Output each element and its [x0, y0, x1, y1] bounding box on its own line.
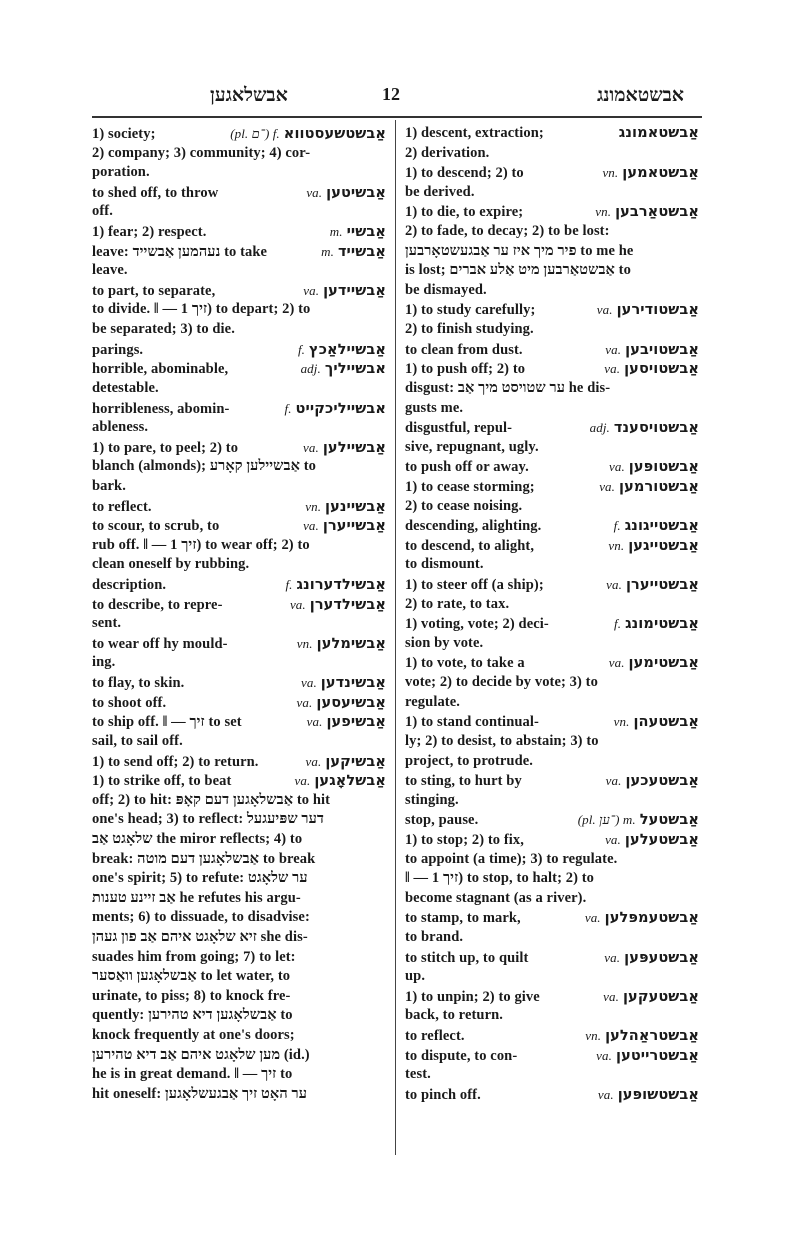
entry-continuation-line: disgust: ער שטויסט מיך אַב he dis-: [405, 379, 699, 399]
definition-text: שלאָגט אַב the miror reflects; 4) to: [92, 831, 302, 847]
dictionary-entry: to ship off. ‖ — זיך to setva.אַבשיפעןsa…: [92, 712, 386, 751]
entry-head-line: 1) to unpin; 2) to giveva.אַבשטעקען: [405, 987, 699, 1007]
grammar-label: va.: [297, 693, 317, 713]
definition-text: 2) to finish studying.: [405, 321, 534, 337]
entry-continuation-line: hit oneself: ער האָט זיך אַבגעשלאָגען: [92, 1085, 386, 1105]
dictionary-entry: descending, alighting.f.אַבשטייגונג: [405, 516, 699, 536]
entry-continuation-line: vote; 2) to decide by vote; 3) to: [405, 673, 699, 693]
yiddish-headword: אַבשטימען: [629, 654, 699, 674]
right-column: 1) descent, extraction;אַבשטאמונג2) deri…: [405, 124, 699, 1104]
yiddish-headword: אַבשטאמען: [622, 164, 699, 184]
definition-text: knock frequently at one's doors;: [92, 1027, 295, 1043]
entry-continuation-line: ments; 6) to dissuade, to disadvise:: [92, 908, 386, 928]
grammar-label: m.: [321, 242, 338, 262]
yiddish-headword: אַבשטימונג: [625, 615, 699, 635]
definition-text: one's head; 3) to reflect: דער שפּיעגעל: [92, 811, 324, 827]
entry-head-line: to descend, to alight,vn.אַבשטייגען: [405, 536, 699, 556]
yiddish-headword: אַבשטייגונג: [625, 517, 699, 537]
entry-continuation-line: be derived.: [405, 183, 699, 203]
definition-text: to part, to separate,: [92, 282, 215, 302]
definition-text: 1) voting, vote; 2) deci-: [405, 615, 549, 635]
definition-text: 2) to fade, to decay; 2) to be lost:: [405, 223, 610, 239]
dictionary-entry: 1) to unpin; 2) to giveva.אַבשטעקעןback,…: [405, 987, 699, 1026]
entry-head-line: to scour, to scrub, tova.אַבשייערן: [92, 516, 386, 536]
entry-continuation-line: ableness.: [92, 418, 386, 438]
definition-text: quently: אַבשלאָגען דיא טהירען to: [92, 1007, 293, 1023]
definition-text: suades him from going; 7) to let:: [92, 949, 296, 965]
entry-continuation-line: be separated; 3) to die.: [92, 320, 386, 340]
definition-text: 1) to stop; 2) to fix,: [405, 831, 524, 851]
entry-head-line: to dispute, to con-va.אַבשטרייטען: [405, 1046, 699, 1066]
definition-text: 1) descent, extraction;: [405, 124, 544, 144]
entry-head-line: 1) to vote, to take ava.אַבשטימען: [405, 653, 699, 673]
dictionary-entry: horribleness, abomin-f.אבשייליכקייטablen…: [92, 399, 386, 438]
yiddish-headword: אַבשטשעסטווא: [284, 125, 386, 145]
grammar-label: (pl. ־ען) m.: [578, 810, 640, 830]
entry-continuation-line: he is in great demand. ‖ — זיך to: [92, 1065, 386, 1085]
entry-continuation-line: 2) company; 3) community; 4) cor-: [92, 144, 386, 164]
grammar-label: vn.: [608, 536, 628, 556]
entry-continuation-line: 2) to rate, to tax.: [405, 595, 699, 615]
entry-continuation-line: is lost; אַבשטאַרבען מיט אַלע אברים to: [405, 261, 699, 281]
definition-text: to dispute, to con-: [405, 1047, 517, 1067]
definition-text: to reflect.: [405, 1027, 465, 1047]
definition-text: to descend, to alight,: [405, 537, 534, 557]
entry-head-line: descending, alighting.f.אַבשטייגונג: [405, 516, 699, 536]
definition-text: מען שלאָגט איהם אַב דיא טהירען (id.): [92, 1047, 310, 1063]
definition-text: break: אַבשלאָגען דעם מוטה to break: [92, 851, 315, 867]
grammar-label: va.: [585, 908, 605, 928]
entry-continuation-line: leave.: [92, 261, 386, 281]
definition-text: 1) to pare, to peel; 2) to: [92, 439, 238, 459]
entry-head-line: 1) to stand continual-vn.אַבשטעהן: [405, 712, 699, 732]
entry-continuation-line: to appoint (a time); 3) to regulate.: [405, 850, 699, 870]
grammar-label: va.: [295, 771, 315, 791]
grammar-label: vn.: [614, 712, 634, 732]
dictionary-entry: to shed off, to throwva.אַבשיטעןoff.: [92, 183, 386, 222]
grammar-label: va.: [303, 281, 323, 301]
grammar-label: f.: [614, 516, 625, 536]
definition-text: descending, alighting.: [405, 517, 541, 537]
definition-text: to sting, to hurt by: [405, 772, 522, 792]
definition-text: leave: נעהמען אַבשייד to take: [92, 243, 267, 263]
definition-text: stinging.: [405, 792, 459, 808]
entry-head-line: to reflect.vn.אַבשיינען: [92, 497, 386, 517]
entry-head-line: parings.f.אַבשיילאַכץ: [92, 340, 386, 360]
entry-head-line: stop, pause.(pl. ־ען) m.אַבשטעל: [405, 810, 699, 830]
entry-continuation-line: אַבשלאָגען וואַסער to let water, to: [92, 967, 386, 987]
grammar-label: f.: [284, 399, 295, 419]
yiddish-headword: אַבשטשופּען: [618, 1086, 699, 1106]
dictionary-entry: to push off or away.va.אַבשטופּען: [405, 457, 699, 477]
dictionary-entry: 1) to send off; 2) to return.va.אַבשיקען: [92, 752, 386, 772]
entry-continuation-line: quently: אַבשלאָגען דיא טהירען to: [92, 1006, 386, 1026]
definition-text: disgustful, repul-: [405, 419, 512, 439]
definition-text: detestable.: [92, 380, 159, 396]
dictionary-entry: to wear off hy mould-vn.אַבשימלעןing.: [92, 634, 386, 673]
definition-text: 2) company; 3) community; 4) cor-: [92, 145, 310, 161]
grammar-label: adj.: [590, 418, 614, 438]
definition-text: sent.: [92, 615, 121, 631]
entry-head-line: 1) to cease storming;va.אַבשטורמען: [405, 477, 699, 497]
entry-continuation-line: sent.: [92, 614, 386, 634]
dictionary-entry: to stitch up, to quiltva.אַבשטעפּעןup.: [405, 948, 699, 987]
definition-text: 1) to descend; 2) to: [405, 164, 524, 184]
definition-text: 2) to rate, to tax.: [405, 596, 509, 612]
definition-text: to shoot off.: [92, 694, 166, 714]
definition-text: off; 2) to hit: אַבשלאָגען דעם קאָפּ to …: [92, 792, 330, 808]
dictionary-entry: stop, pause.(pl. ־ען) m.אַבשטעל: [405, 810, 699, 830]
dictionary-entry: horrible, abominable,adj.אבשייליךdetesta…: [92, 359, 386, 398]
dictionary-entry: leave: נעהמען אַבשייד to takem.אַבשיידle…: [92, 242, 386, 281]
definition-text: become stagnant (as a river).: [405, 890, 586, 906]
entry-continuation-line: מען שלאָגט איהם אַב דיא טהירען (id.): [92, 1046, 386, 1066]
dictionary-entry: 1) descent, extraction;אַבשטאמונג2) deri…: [405, 124, 699, 163]
entry-head-line: 1) to study carefully;va.אַבשטודירען: [405, 300, 699, 320]
yiddish-headword: אַבשטעהן: [633, 713, 699, 733]
definition-text: rub off. ‖ — זיך 1) to wear off; 2) to: [92, 537, 310, 553]
definition-text: be separated; 3) to die.: [92, 321, 235, 337]
dictionary-entry: 1) to stand continual-vn.אַבשטעהןly; 2) …: [405, 712, 699, 771]
grammar-label: va.: [603, 987, 623, 1007]
definition-text: 1) to study carefully;: [405, 301, 535, 321]
grammar-label: (pl. ־ם) f.: [230, 124, 284, 144]
entry-continuation-line: sive, repugnant, ugly.: [405, 438, 699, 458]
yiddish-headword: אַבשטודירען: [617, 301, 699, 321]
grammar-label: f.: [298, 340, 309, 360]
definition-text: 1) to stand continual-: [405, 713, 539, 733]
definition-text: to reflect.: [92, 498, 152, 518]
definition-text: up.: [405, 968, 425, 984]
entry-continuation-line: rub off. ‖ — זיך 1) to wear off; 2) to: [92, 536, 386, 556]
dictionary-entry: 1) to stop; 2) to fix,va.אַבשטעלעןto app…: [405, 830, 699, 908]
grammar-label: adj.: [301, 359, 325, 379]
entry-head-line: leave: נעהמען אַבשייד to takem.אַבשייד: [92, 242, 386, 262]
grammar-label: va.: [598, 1085, 618, 1105]
entry-continuation-line: ing.: [92, 653, 386, 673]
definition-text: bark.: [92, 478, 126, 494]
definition-text: פיר מיך איז ער אַבגעשטאָרבען to me he: [405, 243, 633, 259]
dictionary-entry: description.f.אַבשילדערונג: [92, 575, 386, 595]
grammar-label: va.: [609, 457, 629, 477]
definition-text: 2) derivation.: [405, 145, 489, 161]
yiddish-headword: אַבשטאמונג: [619, 124, 699, 144]
entry-head-line: 1) voting, vote; 2) deci-f.אַבשטימונג: [405, 614, 699, 634]
entry-head-line: 1) to push off; 2) tova.אַבשטויסען: [405, 359, 699, 379]
dictionary-entry: 1) to cease storming;va.אַבשטורמען2) to …: [405, 477, 699, 516]
entry-continuation-line: זיא שלאָגט איהם אַב פון געהן she dis-: [92, 928, 386, 948]
definition-text: sive, repugnant, ugly.: [405, 439, 539, 455]
entry-head-line: to pinch off.va.אַבשטשופּען: [405, 1085, 699, 1105]
yiddish-headword: אבשייליך: [325, 360, 386, 380]
yiddish-headword: אַבשטויסענד: [614, 419, 699, 439]
definition-text: to push off or away.: [405, 458, 529, 478]
dictionary-page: אבשלאגען 12 אבשטאמונג 1) society;(pl. ־ם…: [0, 0, 788, 1237]
yiddish-headword: אַבשטראַהלען: [605, 1027, 699, 1047]
definition-text: 1) to steer off (a ship);: [405, 576, 544, 596]
yiddish-headword: אַבשטייערן: [626, 576, 699, 596]
definition-text: 1) to unpin; 2) to give: [405, 988, 540, 1008]
definition-text: to scour, to scrub, to: [92, 517, 219, 537]
grammar-label: va.: [303, 516, 323, 536]
grammar-label: vn.: [595, 202, 615, 222]
page-header: אבשלאגען 12 אבשטאמונג: [92, 84, 702, 112]
entry-head-line: 1) to stop; 2) to fix,va.אַבשטעלען: [405, 830, 699, 850]
entry-continuation-line: sail, to sail off.: [92, 732, 386, 752]
entry-continuation-line: 2) to cease noising.: [405, 497, 699, 517]
definition-text: 1) to cease storming;: [405, 478, 535, 498]
dictionary-entry: 1) to die, to expire;vn.אַבשטאַרבען2) to…: [405, 202, 699, 300]
grammar-label: va.: [604, 948, 624, 968]
entry-continuation-line: אַב זיינע טענות he refutes his argu-: [92, 889, 386, 909]
entry-continuation-line: one's spirit; 5) to refute: ער שלאָגט: [92, 869, 386, 889]
entry-head-line: 1) to descend; 2) tovn.אַבשטאמען: [405, 163, 699, 183]
entry-head-line: 1) to pare, to peel; 2) tova.אַבשיילען: [92, 438, 386, 458]
definition-text: ments; 6) to dissuade, to disadvise:: [92, 909, 310, 925]
grammar-label: vn.: [297, 634, 317, 654]
entry-head-line: to part, to separate,va.אַבשיידען: [92, 281, 386, 301]
definition-text: to pinch off.: [405, 1086, 481, 1106]
grammar-label: va.: [606, 575, 626, 595]
definition-text: regulate.: [405, 694, 460, 710]
dictionary-entry: 1) to steer off (a ship);va.אַבשטייערן2)…: [405, 575, 699, 614]
dictionary-entry: to reflect.vn.אַבשטראַהלען: [405, 1026, 699, 1046]
yiddish-headword: אַבשיינען: [325, 498, 386, 518]
dictionary-entry: 1) fear; 2) respect.m.אַבשיי: [92, 222, 386, 242]
dictionary-entry: to sting, to hurt byva.אַבשטעכעןstinging…: [405, 771, 699, 810]
yiddish-headword: אַבשטעקען: [623, 988, 699, 1008]
definition-text: to appoint (a time); 3) to regulate.: [405, 851, 617, 867]
grammar-label: f.: [285, 575, 296, 595]
grammar-label: va.: [597, 300, 617, 320]
entry-head-line: 1) to strike off, to beatva.אַבשלאָגען: [92, 771, 386, 791]
definition-text: 1) fear; 2) respect.: [92, 223, 206, 243]
grammar-label: m.: [330, 222, 347, 242]
entry-continuation-line: one's head; 3) to reflect: דער שפּיעגעל: [92, 810, 386, 830]
definition-text: be derived.: [405, 184, 475, 200]
entry-continuation-line: פיר מיך איז ער אַבגעשטאָרבען to me he: [405, 242, 699, 262]
entry-continuation-line: gusts me.: [405, 399, 699, 419]
entry-continuation-line: to dismount.: [405, 555, 699, 575]
entry-continuation-line: break: אַבשלאָגען דעם מוטה to break: [92, 850, 386, 870]
definition-text: horrible, abominable,: [92, 360, 228, 380]
entry-continuation-line: ly; 2) to desist, to abstain; 3) to: [405, 732, 699, 752]
definition-text: clean oneself by rubbing.: [92, 556, 249, 572]
definition-text: זיא שלאָגט איהם אַב פון געהן she dis-: [92, 929, 308, 945]
dictionary-entry: 1) to vote, to take ava.אַבשטימעןvote; 2…: [405, 653, 699, 712]
entry-head-line: horrible, abominable,adj.אבשייליך: [92, 359, 386, 379]
entry-continuation-line: up.: [405, 967, 699, 987]
entry-continuation-line: poration.: [92, 163, 386, 183]
dictionary-entry: to stamp, to mark,va.אַבשטעמפּלעןto bran…: [405, 908, 699, 947]
definition-text: to stitch up, to quilt: [405, 949, 528, 969]
yiddish-headword: אַבשיילען: [323, 439, 386, 459]
definition-text: sion by vote.: [405, 635, 483, 651]
yiddish-headword: אַבשטויסען: [624, 360, 699, 380]
definition-text: ableness.: [92, 419, 148, 435]
yiddish-headword: אַבשטעפּען: [624, 949, 699, 969]
definition-text: 2) to cease noising.: [405, 498, 522, 514]
entry-continuation-line: stinging.: [405, 791, 699, 811]
grammar-label: vn.: [305, 497, 325, 517]
dictionary-entry: parings.f.אַבשיילאַכץ: [92, 340, 386, 360]
entry-continuation-line: back, to return.: [405, 1006, 699, 1026]
dictionary-entry: to flay, to skin.va.אַבשינדען: [92, 673, 386, 693]
grammar-label: va.: [609, 653, 629, 673]
yiddish-headword: אַבשייד: [338, 243, 386, 263]
definition-text: to describe, to repre-: [92, 596, 223, 616]
dictionary-entry: 1) society;(pl. ־ם) f.אַבשטשעסטווא2) com…: [92, 124, 386, 183]
entry-head-line: to ship off. ‖ — זיך to setva.אַבשיפען: [92, 712, 386, 732]
definition-text: אַב זיינע טענות he refutes his argu-: [92, 890, 301, 906]
definition-text: description.: [92, 576, 166, 596]
definition-text: leave.: [92, 262, 128, 278]
dictionary-entry: 1) to strike off, to beatva.אַבשלאָגעןof…: [92, 771, 386, 1104]
entry-continuation-line: שלאָגט אַב the miror reflects; 4) to: [92, 830, 386, 850]
definition-text: 1) to strike off, to beat: [92, 772, 231, 792]
entry-head-line: to sting, to hurt byva.אַבשטעכען: [405, 771, 699, 791]
page-number: 12: [382, 84, 400, 105]
grammar-label: va.: [606, 771, 626, 791]
entry-continuation-line: off; 2) to hit: אַבשלאָגען דעם קאָפּ to …: [92, 791, 386, 811]
dictionary-entry: 1) voting, vote; 2) deci-f.אַבשטימונגsio…: [405, 614, 699, 653]
definition-text: back, to return.: [405, 1007, 503, 1023]
dictionary-entry: 1) to push off; 2) tova.אַבשטויסעןdisgus…: [405, 359, 699, 418]
definition-text: project, to protrude.: [405, 753, 533, 769]
dictionary-entry: to clean from dust.va.אַבשטויבען: [405, 340, 699, 360]
dictionary-entry: disgustful, repul-adj.אַבשטויסענדsive, r…: [405, 418, 699, 457]
definition-text: to brand.: [405, 929, 463, 945]
yiddish-headword: אַבשילדערונג: [297, 576, 386, 596]
yiddish-headword: אַבשינדען: [321, 674, 386, 694]
yiddish-headword: אַבשילדערן: [310, 596, 386, 616]
yiddish-headword: אַבשייערן: [323, 517, 386, 537]
entry-continuation-line: urinate, to piss; 8) to knock fre-: [92, 987, 386, 1007]
definition-text: to clean from dust.: [405, 341, 523, 361]
dictionary-entry: to shoot off.va.אַבשיעסען: [92, 693, 386, 713]
entry-continuation-line: regulate.: [405, 693, 699, 713]
grammar-label: va.: [301, 673, 321, 693]
dictionary-entry: 1) to descend; 2) tovn.אַבשטאמעןbe deriv…: [405, 163, 699, 202]
yiddish-headword: אַבשיקען: [325, 753, 386, 773]
grammar-label: va.: [605, 830, 625, 850]
definition-text: parings.: [92, 341, 143, 361]
yiddish-headword: אַבשטעל: [640, 811, 699, 831]
definition-text: stop, pause.: [405, 811, 478, 831]
left-running-headword: אבשלאגען: [210, 84, 288, 107]
entry-head-line: 1) to steer off (a ship);va.אַבשטייערן: [405, 575, 699, 595]
entry-continuation-line: project, to protrude.: [405, 752, 699, 772]
grammar-label: va.: [303, 438, 323, 458]
yiddish-headword: אַבשיידען: [323, 282, 386, 302]
yiddish-headword: אַבשיפען: [326, 713, 386, 733]
definition-text: to wear off hy mould-: [92, 635, 228, 655]
grammar-label: f.: [614, 614, 625, 634]
definition-text: 1) to vote, to take a: [405, 654, 525, 674]
definition-text: ‖ — זיך 1) to stop, to halt; 2) to: [405, 870, 594, 886]
entry-continuation-line: clean oneself by rubbing.: [92, 555, 386, 575]
definition-text: disgust: ער שטויסט מיך אַב he dis-: [405, 380, 610, 396]
entry-head-line: to stitch up, to quiltva.אַבשטעפּען: [405, 948, 699, 968]
dictionary-entry: 1) to study carefully;va.אַבשטודירען2) t…: [405, 300, 699, 339]
dictionary-entry: to descend, to alight,vn.אַבשטייגעןto di…: [405, 536, 699, 575]
definition-text: be dismayed.: [405, 282, 487, 298]
yiddish-headword: אַבשלאָגען: [314, 772, 386, 792]
definition-text: one's spirit; 5) to refute: ער שלאָגט: [92, 870, 308, 886]
entry-head-line: 1) descent, extraction;אַבשטאמונג: [405, 124, 699, 144]
yiddish-headword: אַבשטאַרבען: [615, 203, 699, 223]
entry-continuation-line: sion by vote.: [405, 634, 699, 654]
entry-head-line: to shoot off.va.אַבשיעסען: [92, 693, 386, 713]
definition-text: 1) to die, to expire;: [405, 203, 523, 223]
definition-text: 1) to send off; 2) to return.: [92, 753, 259, 773]
grammar-label: vn.: [602, 163, 622, 183]
yiddish-headword: אַבשטורמען: [619, 478, 699, 498]
yiddish-headword: אַבשימלען: [317, 635, 386, 655]
definition-text: vote; 2) to decide by vote; 3) to: [405, 674, 598, 690]
definition-text: 1) to push off; 2) to: [405, 360, 525, 380]
entry-head-line: 1) to die, to expire;vn.אַבשטאַרבען: [405, 202, 699, 222]
entry-continuation-line: ‖ — זיך 1) to stop, to halt; 2) to: [405, 869, 699, 889]
entry-continuation-line: 2) derivation.: [405, 144, 699, 164]
entry-head-line: to clean from dust.va.אַבשטויבען: [405, 340, 699, 360]
yiddish-headword: אבשייליכקייט: [296, 400, 386, 420]
definition-text: gusts me.: [405, 400, 463, 416]
grammar-label: va.: [599, 477, 619, 497]
header-rule: [92, 116, 702, 118]
entry-head-line: 1) fear; 2) respect.m.אַבשיי: [92, 222, 386, 242]
entry-head-line: to stamp, to mark,va.אַבשטעמפּלען: [405, 908, 699, 928]
grammar-label: va.: [290, 595, 310, 615]
definition-text: urinate, to piss; 8) to knock fre-: [92, 988, 290, 1004]
entry-continuation-line: 2) to finish studying.: [405, 320, 699, 340]
yiddish-headword: אַבשיעסען: [316, 694, 386, 714]
entry-continuation-line: detestable.: [92, 379, 386, 399]
grammar-label: va.: [596, 1046, 616, 1066]
yiddish-headword: אַבשיי: [347, 223, 386, 243]
dictionary-entry: to dispute, to con-va.אַבשטרייטעןtest.: [405, 1046, 699, 1085]
definition-text: 1) society;: [92, 125, 156, 145]
definition-text: off.: [92, 203, 113, 219]
grammar-label: va.: [605, 340, 625, 360]
grammar-label: va.: [305, 752, 325, 772]
dictionary-entry: to describe, to repre-va.אַבשילדערןsent.: [92, 595, 386, 634]
entry-head-line: to push off or away.va.אַבשטופּען: [405, 457, 699, 477]
yiddish-headword: אַבשטעכען: [625, 772, 699, 792]
entry-continuation-line: become stagnant (as a river).: [405, 889, 699, 909]
dictionary-entry: to pinch off.va.אַבשטשופּען: [405, 1085, 699, 1105]
dictionary-entry: to reflect.vn.אַבשיינען: [92, 497, 386, 517]
left-column: 1) society;(pl. ־ם) f.אַבשטשעסטווא2) com…: [92, 124, 386, 1104]
definition-text: to shed off, to throw: [92, 184, 218, 204]
definition-text: ing.: [92, 654, 115, 670]
entry-continuation-line: 2) to fade, to decay; 2) to be lost:: [405, 222, 699, 242]
definition-text: to ship off. ‖ — זיך to set: [92, 713, 242, 733]
entry-continuation-line: blanch (almonds); אַבשיילען קאָרע to: [92, 457, 386, 477]
dictionary-entry: 1) to pare, to peel; 2) tova.אַבשיילעןbl…: [92, 438, 386, 497]
column-divider: [395, 120, 396, 1155]
definition-text: is lost; אַבשטאַרבען מיט אַלע אברים to: [405, 262, 631, 278]
definition-text: blanch (almonds); אַבשיילען קאָרע to: [92, 458, 316, 474]
definition-text: to stamp, to mark,: [405, 909, 521, 929]
entry-head-line: to wear off hy mould-vn.אַבשימלען: [92, 634, 386, 654]
entry-head-line: 1) to send off; 2) to return.va.אַבשיקען: [92, 752, 386, 772]
definition-text: to dismount.: [405, 556, 484, 572]
yiddish-headword: אַבשטופּען: [629, 458, 699, 478]
entry-continuation-line: bark.: [92, 477, 386, 497]
entry-head-line: disgustful, repul-adj.אַבשטויסענד: [405, 418, 699, 438]
right-running-headword: אבשטאמונג: [597, 84, 684, 107]
